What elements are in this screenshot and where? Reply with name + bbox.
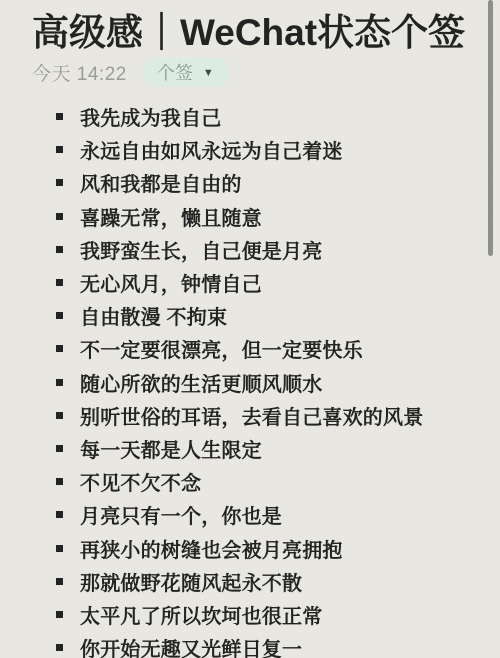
list-item: 无心风月，钟情自己 bbox=[0, 266, 500, 299]
list-item-text: 喜躁无常，懒且随意 bbox=[80, 202, 262, 231]
bullet-icon bbox=[56, 146, 63, 153]
list-item: 再狭小的树缝也会被月亮拥抱 bbox=[0, 531, 500, 564]
bullet-icon bbox=[56, 312, 63, 319]
list-item-text: 无心风月，钟情自己 bbox=[80, 268, 262, 297]
bullet-icon bbox=[56, 113, 63, 120]
quote-list: 我先成为我自己永远自由如风永远为自己着迷风和我都是自由的喜躁无常，懒且随意我野蛮… bbox=[0, 100, 500, 658]
list-item-text: 我先成为我自己 bbox=[80, 102, 221, 131]
list-item-text: 那就做野花随风起永不散 bbox=[80, 567, 302, 596]
list-item: 风和我都是自由的 bbox=[0, 166, 500, 199]
bullet-icon bbox=[56, 545, 63, 552]
note-page: 高级感｜WeChat状态个签 今天 14:22 个签 ▼ 我先成为我自己永远自由… bbox=[0, 0, 500, 658]
list-item: 每一天都是人生限定 bbox=[0, 432, 500, 465]
bullet-icon bbox=[56, 345, 63, 352]
bullet-icon bbox=[56, 246, 63, 253]
bullet-icon bbox=[56, 478, 63, 485]
list-item-text: 月亮只有一个，你也是 bbox=[80, 500, 282, 529]
bullet-icon bbox=[56, 279, 63, 286]
list-item-text: 再狭小的树缝也会被月亮拥抱 bbox=[80, 534, 343, 563]
list-item-text: 我野蛮生长，自己便是月亮 bbox=[80, 235, 322, 264]
list-item: 随心所欲的生活更顺风顺水 bbox=[0, 366, 500, 399]
list-item-text: 不一定要很漂亮，但一定要快乐 bbox=[80, 334, 363, 363]
list-item-text: 永远自由如风永远为自己着迷 bbox=[80, 135, 343, 164]
list-item: 喜躁无常，懒且随意 bbox=[0, 200, 500, 233]
list-item: 那就做野花随风起永不散 bbox=[0, 565, 500, 598]
list-item: 太平凡了所以坎坷也很正常 bbox=[0, 598, 500, 631]
list-item-text: 随心所欲的生活更顺风顺水 bbox=[80, 368, 322, 397]
timestamp: 今天 14:22 bbox=[32, 59, 127, 86]
list-item-text: 自由散漫 不拘束 bbox=[80, 301, 227, 330]
bullet-icon bbox=[56, 644, 63, 651]
list-item: 你开始无趣又光鲜日复一 bbox=[0, 631, 500, 658]
page-title: 高级感｜WeChat状态个签 bbox=[32, 2, 465, 56]
list-item: 别听世俗的耳语，去看自己喜欢的风景 bbox=[0, 399, 500, 432]
list-item: 自由散漫 不拘束 bbox=[0, 299, 500, 332]
meta-row: 今天 14:22 个签 ▼ bbox=[32, 57, 229, 87]
tag-label: 个签 bbox=[157, 59, 193, 85]
list-item: 不一定要很漂亮，但一定要快乐 bbox=[0, 332, 500, 365]
bullet-icon bbox=[56, 578, 63, 585]
list-item-text: 不见不欠不念 bbox=[80, 467, 201, 496]
list-item: 月亮只有一个，你也是 bbox=[0, 498, 500, 531]
list-item: 我先成为我自己 bbox=[0, 100, 500, 133]
bullet-icon bbox=[56, 379, 63, 386]
list-item-text: 风和我都是自由的 bbox=[80, 168, 242, 197]
list-item-text: 每一天都是人生限定 bbox=[80, 434, 262, 463]
list-item-text: 你开始无趣又光鲜日复一 bbox=[80, 633, 302, 658]
list-item-text: 太平凡了所以坎坷也很正常 bbox=[80, 600, 322, 629]
bullet-icon bbox=[56, 511, 63, 518]
list-item: 永远自由如风永远为自己着迷 bbox=[0, 133, 500, 166]
bullet-icon bbox=[56, 412, 63, 419]
scrollbar-thumb[interactable] bbox=[488, 0, 493, 256]
bullet-icon bbox=[56, 611, 63, 618]
bullet-icon bbox=[56, 213, 63, 220]
bullet-icon bbox=[56, 445, 63, 452]
bullet-icon bbox=[56, 179, 63, 186]
list-item: 我野蛮生长，自己便是月亮 bbox=[0, 233, 500, 266]
chevron-down-icon: ▼ bbox=[203, 68, 214, 79]
tag-selector[interactable]: 个签 ▼ bbox=[142, 58, 229, 87]
list-item: 不见不欠不念 bbox=[0, 465, 500, 498]
list-item-text: 别听世俗的耳语，去看自己喜欢的风景 bbox=[80, 401, 423, 430]
